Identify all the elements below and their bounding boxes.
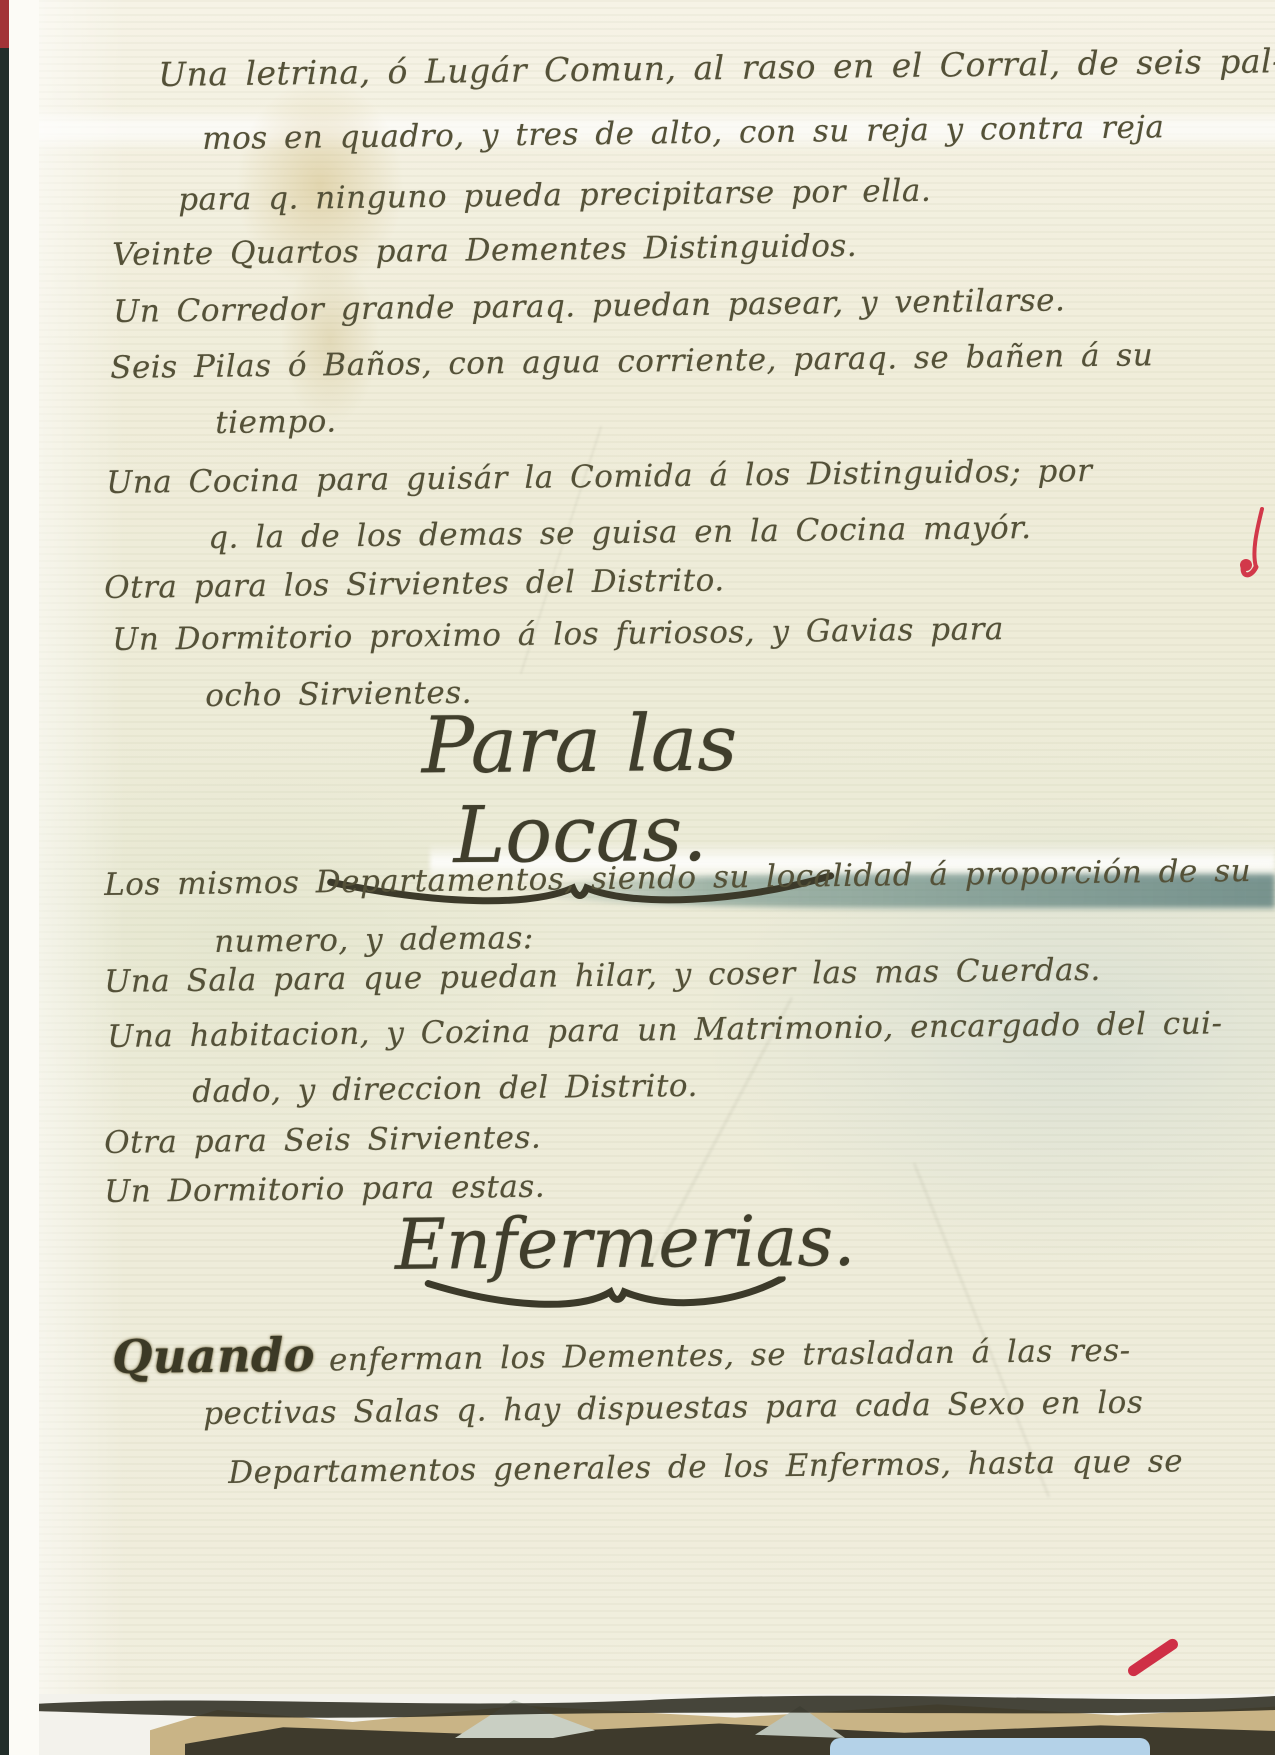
manuscript-line: dado, y direccion del Distrito. [192, 1068, 698, 1110]
manuscript-line: tiempo. [215, 404, 337, 441]
smudged-lead-word: Quando [112, 1328, 315, 1384]
manuscript-scan: Una letrina, ó Lugár Comun, al raso en e… [0, 0, 1275, 1755]
scan-left-edge-red [0, 0, 9, 48]
heading-text: Enfermerias. [395, 1200, 856, 1286]
page-bottom-edge [30, 1680, 1275, 1724]
manuscript-line: Otra para Seis Sirvientes. [104, 1120, 541, 1161]
red-ink-check-mark [1236, 505, 1272, 589]
line-text: enferman los Dementes, se trasladan á la… [329, 1333, 1131, 1379]
scan-left-edge [0, 0, 9, 1755]
manuscript-line: numero, y ademas: [214, 920, 534, 960]
under-sheet-blue [830, 1738, 1150, 1755]
section-heading-enfermerias: Enfermerias. [395, 1200, 816, 1314]
page-left-deckle [9, 0, 39, 1755]
heading-text: Para las Locas. [421, 699, 737, 881]
manuscript-line: Otra para los Sirvientes del Distrito. [104, 562, 725, 606]
